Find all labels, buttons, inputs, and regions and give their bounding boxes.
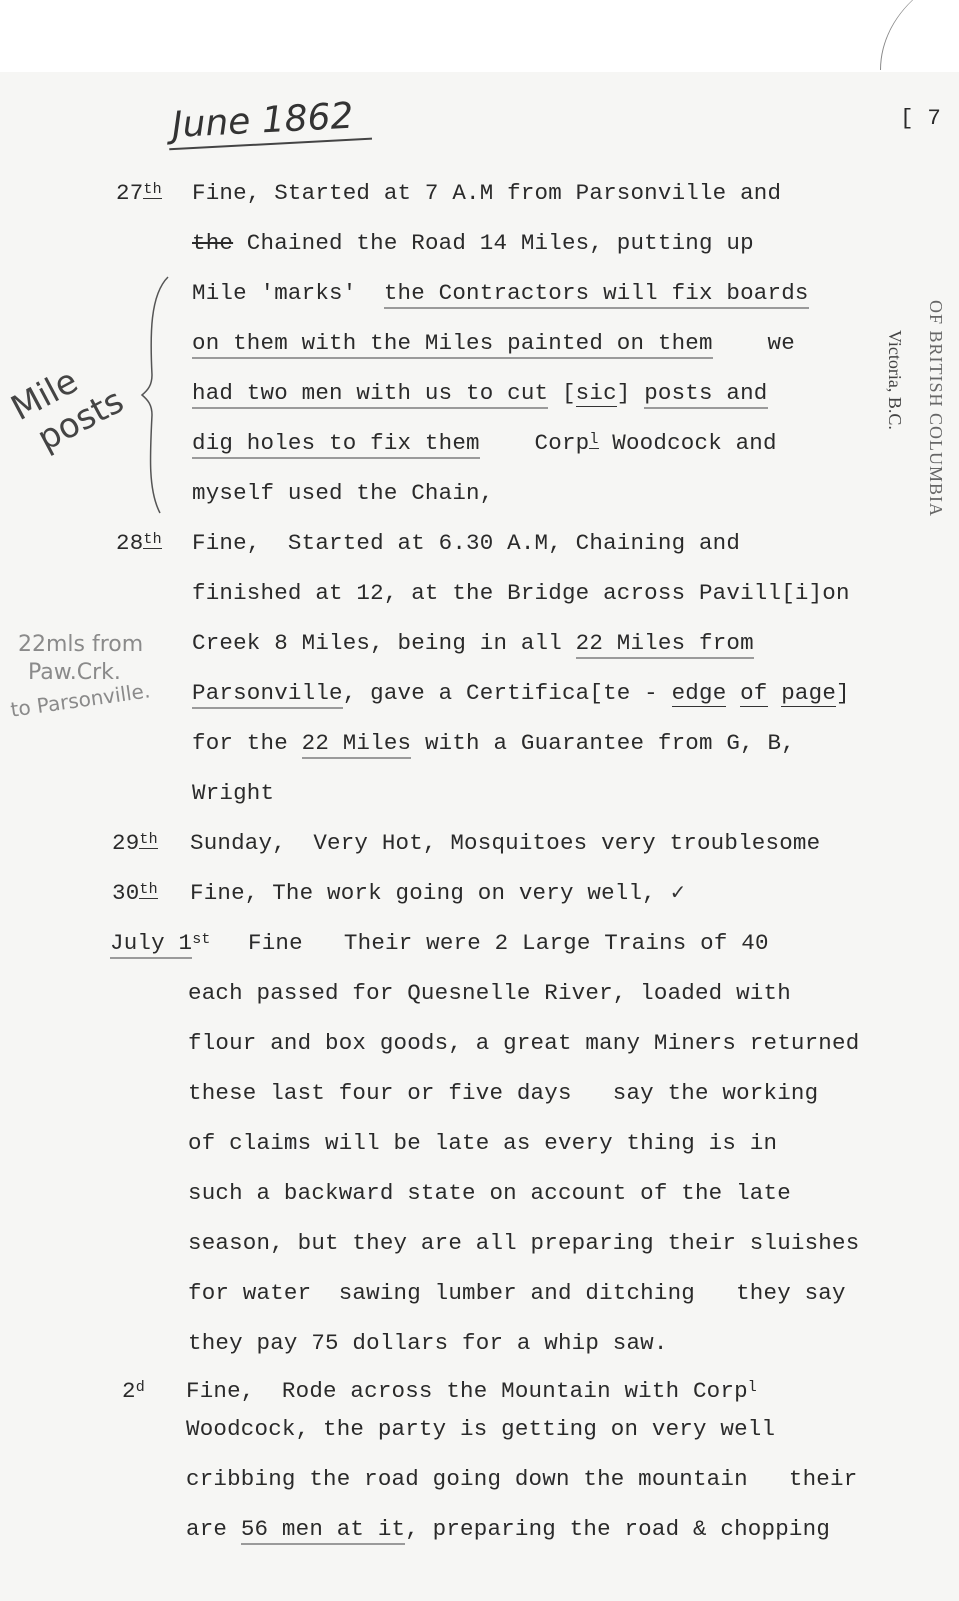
scan-top-margin [0,0,959,72]
checkmark-icon: ✓ [670,880,687,904]
entry-30-line-1: Fine, The work going on very well, ✓ [190,880,687,906]
entry-27-line-7: myself used the Chain, [192,480,493,506]
entry-29-line-1: Sunday, Very Hot, Mosquitoes very troubl… [190,830,820,856]
entry-date-28: 28th [116,530,162,556]
entry-date-29: 29th [112,830,158,856]
entry-28-line-6: Wright [192,780,274,806]
entry-27-line-5: had two men with us to cut [sic] posts a… [192,380,768,406]
entry-27-line-2: the Chained the Road 14 Miles, putting u… [192,230,754,256]
entry-27-line-1: Fine, Started at 7 A.M from Parsonville … [192,180,781,206]
entry-2-line-2: Woodcock, the party is getting on very w… [186,1416,775,1442]
page-number-marker: [ 7 [900,105,941,131]
entry-28-line-3: Creek 8 Miles, being in all 22 Miles fro… [192,630,754,656]
entry-28-line-1: Fine, Started at 6.30 A.M, Chaining and [192,530,740,556]
struck-word: the [192,230,233,256]
entry-2-line-1: Fine, Rode across the Mountain with Corp… [186,1378,757,1404]
entry-july1-line-9: they pay 75 dollars for a whip saw. [188,1330,668,1356]
entry-date-27: 27th [116,180,162,206]
entry-28-line-2: finished at 12, at the Bridge across Pav… [192,580,850,606]
entry-july1-line-7: season, but they are all preparing their… [188,1230,859,1256]
entry-27-line-6: dig holes to fix them Corpl Woodcock and [192,430,777,456]
entry-july1-line-8: for water sawing lumber and ditching the… [188,1280,846,1306]
margin-note-distance-1: 22mls from [18,632,143,657]
archive-stamp-location: Victoria, B.C. [884,330,905,430]
entry-date-2: 2d [122,1378,145,1404]
entry-28-line-4: Parsonville, gave a Certifica[te - edge … [192,680,850,706]
margin-brace [140,275,170,515]
entry-28-line-5: for the 22 Miles with a Guarantee from G… [192,730,795,756]
entry-july1-line-4: these last four or five days say the wor… [188,1080,818,1106]
entry-july1-line-3: flour and box goods, a great many Miners… [188,1030,859,1056]
entry-july1-line-2: each passed for Quesnelle River, loaded … [188,980,791,1006]
entry-27-line-3: Mile 'marks' the Contractors will fix bo… [192,280,809,306]
entry-july1-line-1: Fine Their were 2 Large Trains of 40 [248,930,769,956]
entry-date-30: 30th [112,880,158,906]
entry-july1-line-6: such a backward state on account of the … [188,1180,791,1206]
margin-note-distance-2: Paw.Crk. [28,660,121,685]
entry-july1-line-5: of claims will be late as every thing is… [188,1130,777,1156]
entry-2-line-3: cribbing the road going down the mountai… [186,1466,857,1492]
entry-2-line-4: are 56 men at it, preparing the road & c… [186,1516,830,1542]
entry-27-line-4: on them with the Miles painted on them w… [192,330,795,356]
archive-stamp-name: OF BRITISH COLUMBIA [925,300,946,517]
entry-date-july-1: July 1st [110,930,211,956]
